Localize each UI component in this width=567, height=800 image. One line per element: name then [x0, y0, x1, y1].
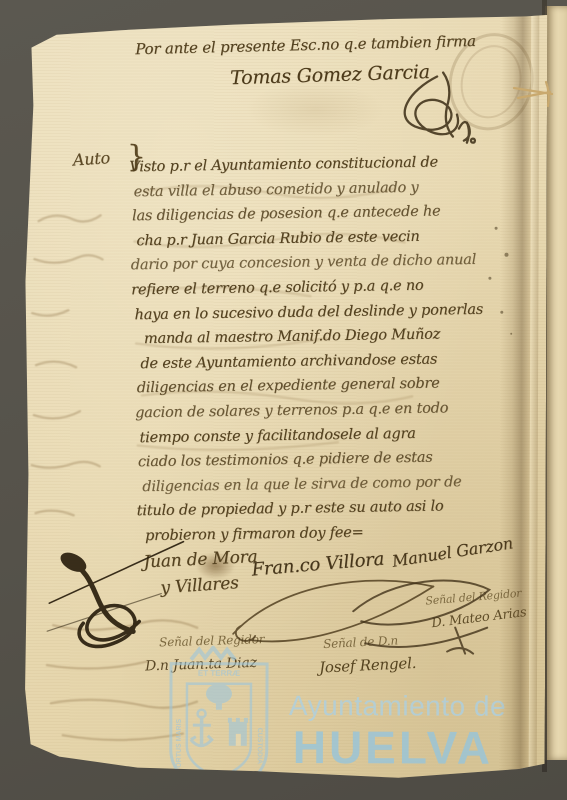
ink-speck: [495, 227, 498, 230]
margin-note-auto: Auto: [72, 148, 110, 169]
watermark-ayuntamiento-de: Ayuntamiento de: [289, 690, 506, 723]
shield-motto-left: PORTUS MARIS: [176, 718, 183, 772]
ink-speck: [488, 277, 491, 280]
fold-shadow: [499, 15, 532, 783]
manuscript-page: Por ante el presente Esc.no q.e tambien …: [23, 13, 548, 783]
decree-body-text: Visto p.r el Ayuntamiento constitucional…: [129, 149, 537, 549]
right-signature-flourish: [335, 559, 515, 665]
adjacent-page-edge: [545, 6, 567, 760]
shield-motto-right: CUSTODIA: [256, 728, 263, 764]
huelva-coat-of-arms-watermark: ET TERRÆ PORTUS MARIS CUSTODIA: [157, 646, 282, 800]
watermark-huelva: HUELVA: [293, 720, 493, 775]
binding-stitch-thread: [512, 78, 560, 118]
manuscript-photo: Por ante el presente Esc.no q.e tambien …: [0, 0, 567, 800]
notary-rubric-flourish: [363, 66, 481, 158]
shield-motto-top: ET TERRÆ: [198, 669, 240, 678]
